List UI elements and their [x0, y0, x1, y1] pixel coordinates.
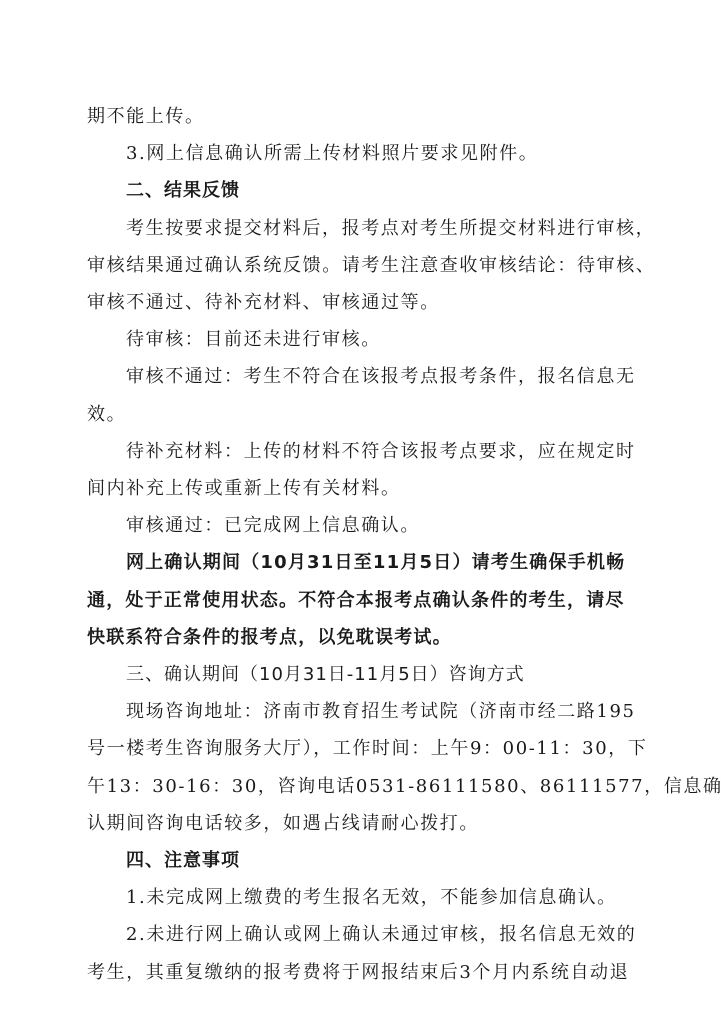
paragraph-note-2: 2.未进行网上确认或网上确认未通过审核，报名信息无效的 考生，其重复缴纳的报考费… [87, 916, 643, 990]
text-line: 认期间咨询电话较多，如遇占线请耐心拨打。 [87, 805, 643, 842]
text-line: 考生，其重复缴纳的报考费将于网报结束后3个月内系统自动退 [87, 954, 643, 991]
text-line: 快联系符合条件的报考点，以免耽误考试。 [87, 619, 643, 656]
text-line: 审核不通过、待补充材料、审核通过等。 [87, 284, 643, 321]
document-page: 期不能上传。 3.网上信息确认所需上传材料照片要求见附件。 二、结果反馈 考生按… [87, 98, 643, 991]
heading-text: 三、确认期间（10月31日-11月5日）咨询方式 [87, 656, 643, 693]
heading-text: 二、结果反馈 [87, 172, 643, 209]
text-line: 午13：30-16：30，咨询电话0531-86111580、86111577，… [87, 768, 643, 805]
paragraph-status-supplement: 待补充材料：上传的材料不符合该报考点要求，应在规定时 间内补充上传或重新上传有关… [87, 433, 643, 507]
paragraph-note-1: 1.未完成网上缴费的考生报名无效，不能参加信息确认。 [87, 879, 643, 916]
section-heading-notes: 四、注意事项 [87, 842, 643, 879]
text-line: 待补充材料：上传的材料不符合该报考点要求，应在规定时 [87, 433, 643, 470]
text-line: 待审核：目前还未进行审核。 [87, 321, 643, 358]
section-heading-consultation: 三、确认期间（10月31日-11月5日）咨询方式 [87, 656, 643, 693]
text-line: 网上确认期间（10月31日至11月5日）请考生确保手机畅 [87, 544, 643, 581]
text-line: 现场咨询地址：济南市教育招生考试院（济南市经二路195 [87, 693, 643, 730]
text-line: 效。 [87, 396, 643, 433]
text-line: 审核通过：已完成网上信息确认。 [87, 507, 643, 544]
text-line: 审核结果通过确认系统反馈。请考生注意查收审核结论：待审核、 [87, 247, 643, 284]
text-line: 考生按要求提交材料后，报考点对考生所提交材料进行审核， [87, 210, 643, 247]
text-line: 号一楼考生咨询服务大厅），工作时间：上午9：00-11：30，下 [87, 730, 643, 767]
paragraph-status-rejected: 审核不通过：考生不符合在该报考点报考条件，报名信息无 效。 [87, 358, 643, 432]
text-line: 通，处于正常使用状态。不符合本报考点确认条件的考生，请尽 [87, 582, 643, 619]
text-line: 间内补充上传或重新上传有关材料。 [87, 470, 643, 507]
paragraph-photo-requirements: 3.网上信息确认所需上传材料照片要求见附件。 [87, 135, 643, 172]
section-heading-result-feedback: 二、结果反馈 [87, 172, 643, 209]
text-line: 3.网上信息确认所需上传材料照片要求见附件。 [87, 135, 643, 172]
paragraph-status-approved: 审核通过：已完成网上信息确认。 [87, 507, 643, 544]
paragraph-consultation-details: 现场咨询地址：济南市教育招生考试院（济南市经二路195 号一楼考生咨询服务大厅）… [87, 693, 643, 842]
text-line: 2.未进行网上确认或网上确认未通过审核，报名信息无效的 [87, 916, 643, 953]
paragraph-status-pending: 待审核：目前还未进行审核。 [87, 321, 643, 358]
text-line: 期不能上传。 [87, 98, 643, 135]
heading-text: 四、注意事项 [87, 842, 643, 879]
text-line: 审核不通过：考生不符合在该报考点报考条件，报名信息无 [87, 358, 643, 395]
text-line: 1.未完成网上缴费的考生报名无效，不能参加信息确认。 [87, 879, 643, 916]
paragraph-important-notice: 网上确认期间（10月31日至11月5日）请考生确保手机畅 通，处于正常使用状态。… [87, 544, 643, 656]
paragraph-review-process: 考生按要求提交材料后，报考点对考生所提交材料进行审核， 审核结果通过确认系统反馈… [87, 210, 643, 322]
paragraph-upload-deadline-tail: 期不能上传。 [87, 98, 643, 135]
